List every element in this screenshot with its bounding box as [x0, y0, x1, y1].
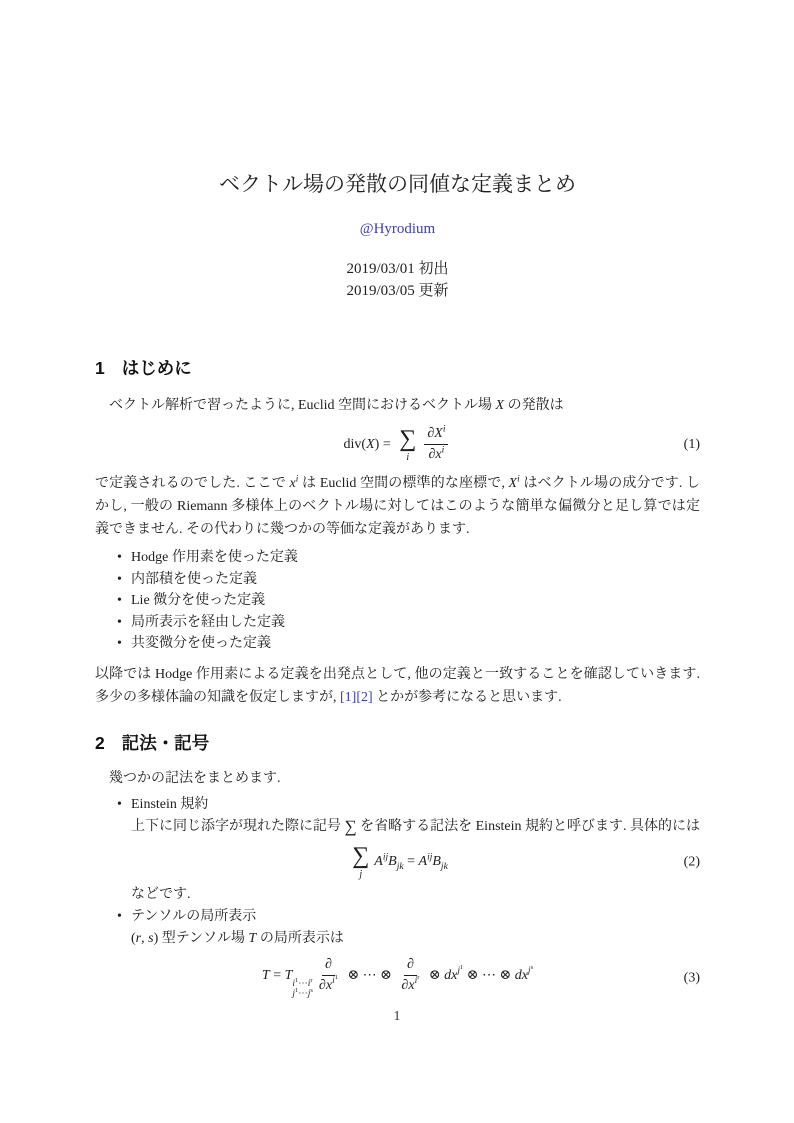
date-block: 2019/03/01 初出 2019/03/05 更新	[95, 258, 700, 302]
author-link[interactable]: @Hyrodium	[360, 221, 435, 237]
equation-3-expression: T = Ti1⋯irj1⋯js∂∂xi1 ⊗ ⋯ ⊗ ∂∂xir ⊗ dxj1 …	[262, 956, 533, 1000]
section-number: 1	[95, 358, 105, 378]
sigma-symbol: ∑	[345, 817, 357, 836]
sum-index: j	[359, 870, 362, 880]
section-heading-1: 1はじめに	[95, 358, 700, 379]
equation-3: T = Ti1⋯irj1⋯js∂∂xi1 ⊗ ⋯ ⊗ ∂∂xir ⊗ dxj1 …	[95, 956, 700, 1000]
equation-1-lhs: div(X) =	[344, 437, 395, 453]
list-item-tensor: テンソルの局所表示 (r, s) 型テンソル場 T の局所表示は T = Ti1…	[131, 906, 700, 1000]
equation-number-1: (1)	[684, 437, 700, 453]
fraction-denominator: ∂xi	[426, 445, 448, 464]
author-line: @Hyrodium	[95, 221, 700, 238]
paragraph-intro: ベクトル解析で習ったように, Euclid 空間におけるベクトル場 X の発散は	[95, 394, 700, 417]
document-page: ベクトル場の発散の同値な定義まとめ @Hyrodium 2019/03/01 初…	[0, 0, 794, 1123]
equation-number-2: (2)	[684, 851, 700, 872]
section-heading-2: 2記法・記号	[95, 733, 700, 754]
paragraph-notation-intro: 幾つかの記法をまとめます.	[95, 767, 700, 790]
fraction: ∂Xi ∂xi	[424, 425, 448, 464]
notation-body-tensor: (r, s) 型テンソル場 T の局所表示は	[131, 928, 700, 950]
page-number: 1	[0, 1008, 794, 1024]
paragraph-definition: で定義されるのでした. ここで xi は Euclid 空間の標準的な座標で, …	[95, 472, 700, 541]
list-item-interior-product: 内部積を使った定義	[131, 569, 700, 591]
equation-3-body: T = Ti1⋯irj1⋯js∂∂xi1 ⊗ ⋯ ⊗ ∂∂xir ⊗ dxj1 …	[262, 956, 533, 1000]
sum-index: i	[406, 453, 409, 463]
notation-title-einstein: Einstein 規約	[131, 794, 700, 816]
citation-link-2[interactable]: [2]	[356, 690, 372, 705]
sum-operator: ∑ j	[352, 844, 369, 880]
equation-1-body: div(X) = ∑ i ∂Xi ∂xi	[344, 425, 452, 464]
fraction-numerator: ∂Xi	[424, 425, 448, 445]
paragraph-outline: 以降では Hodge 作用素による定義を出発点として, 他の定義と一致することを…	[95, 663, 700, 709]
list-item-einstein: Einstein 規約 上下に同じ添字が現れた際に記号 ∑ を省略する記法を E…	[131, 794, 700, 906]
section-title: はじめに	[122, 358, 192, 378]
equation-1: div(X) = ∑ i ∂Xi ∂xi (1)	[95, 425, 700, 464]
equation-2-body: ∑ j AijBjk = AijBjk	[347, 844, 448, 880]
list-item-hodge: Hodge 作用素を使った定義	[131, 547, 700, 569]
notation-body-einstein: 上下に同じ添字が現れた際に記号 ∑ を省略する記法を Einstein 規約と呼…	[131, 816, 700, 838]
equation-2: ∑ j AijBjk = AijBjk (2)	[95, 844, 700, 880]
list-item-covariant-derivative: 共変微分を使った定義	[131, 633, 700, 655]
equation-2-expression: AijBjk = AijBjk	[374, 851, 448, 872]
section-number: 2	[95, 733, 105, 753]
list-item-lie-derivative: Lie 微分を使った定義	[131, 590, 700, 612]
sum-operator: ∑ i	[399, 427, 416, 463]
notation-list: Einstein 規約 上下に同じ添字が現れた際に記号 ∑ を省略する記法を E…	[95, 794, 700, 1000]
notation-title-tensor: テンソルの局所表示	[131, 906, 700, 928]
notation-after-einstein: などです.	[131, 884, 700, 906]
sigma-icon: ∑	[399, 427, 416, 451]
section-title: 記法・記号	[122, 733, 210, 753]
document-title: ベクトル場の発散の同値な定義まとめ	[95, 168, 700, 198]
date-initial: 2019/03/01 初出	[95, 258, 700, 280]
equation-number-3: (3)	[684, 967, 700, 988]
citation-link-1[interactable]: [1]	[340, 690, 356, 705]
sigma-icon: ∑	[352, 844, 369, 868]
definition-list: Hodge 作用素を使った定義 内部積を使った定義 Lie 微分を使った定義 局…	[95, 547, 700, 655]
date-updated: 2019/03/05 更新	[95, 280, 700, 302]
list-item-local-expression: 局所表示を経由した定義	[131, 612, 700, 634]
